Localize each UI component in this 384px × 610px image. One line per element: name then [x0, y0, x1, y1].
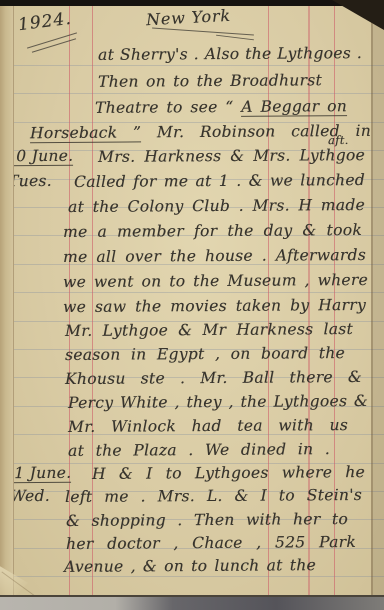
underlined-text: A Beggar on — [241, 97, 347, 117]
text-run: at the Plaza . We dined in . — [68, 440, 330, 460]
handwritten-line: Mr. Winlock had tea with us — [68, 415, 348, 437]
text-run: Called for me at 1 . & we lunched — [74, 171, 365, 191]
adjacent-page-strip — [373, 5, 384, 597]
text-run: me a member for the day & took — [63, 221, 362, 241]
text-run: Tues. — [8, 172, 52, 190]
handwritten-line: Mrs. Harkness & Mrs. Lythgoe — [98, 145, 365, 167]
handwritten-line: Theatre to see “ A Beggar on — [95, 96, 347, 118]
margin-date: Tues. — [8, 171, 52, 191]
handwritten-line: H & I to Lythgoes where he — [92, 462, 365, 484]
handwritten-line: we saw the movies taken by Harry — [63, 295, 366, 317]
text-run: we went on to the Museum , where — [63, 271, 368, 291]
ruled-line — [0, 65, 384, 66]
handwritten-line: her doctor , Chace , 525 Park — [66, 532, 356, 554]
text-run: we saw the movies taken by Harry — [63, 296, 366, 316]
text-run: Avenue , & on to lunch at the — [64, 556, 316, 576]
handwritten-line: at Sherry's . Also the Lythgoes . — [98, 43, 362, 65]
handwritten-line: Then on to the Broadhurst — [98, 70, 322, 92]
text-run: & shopping . Then with her to — [66, 510, 348, 530]
margin-date: Wed. — [10, 486, 50, 506]
text-run: Mr. Winlock had tea with us — [68, 416, 348, 436]
text-run: Then on to the Broadhurst — [98, 71, 322, 91]
handwritten-line: we went on to the Museum , where — [63, 270, 368, 292]
scan-top-edge — [0, 0, 384, 6]
text-run: Mr. Lythgoe & Mr Harkness last — [65, 320, 353, 340]
handwritten-line: me a member for the day & took — [63, 220, 362, 242]
underlined-text: Horseback ” — [30, 123, 141, 143]
page-left-edge — [0, 5, 14, 598]
underlined-text: 11 June. — [4, 464, 71, 483]
text-run: Wed. — [10, 487, 50, 505]
margin-date: 10 June. — [6, 146, 73, 166]
handwritten-line: at the Plaza . We dined in . — [68, 439, 330, 461]
handwritten-line: Called for me at 1 . & we lunched — [74, 170, 365, 192]
handwritten-line: Khousu ste . Mr. Ball there & — [65, 367, 362, 389]
scanned-diary-page: 1924. New York at Sherry's . Also the Ly… — [0, 0, 384, 610]
text-run: me all over the house . Afterwards — [63, 246, 366, 266]
text-run: Khousu ste . Mr. Ball there & — [65, 368, 362, 388]
scan-bottom-edge — [0, 595, 384, 610]
ruled-line — [0, 93, 384, 94]
handwritten-line: Horseback ” Mr. Robinson called in — [30, 121, 371, 143]
handwritten-line: Mr. Lythgoe & Mr Harkness last — [65, 319, 353, 341]
handwritten-line: at the Colony Club . Mrs. H made — [68, 195, 365, 217]
handwritten-line: left me . Mrs. L. & I to Stein's — [65, 485, 362, 507]
margin-date: 11 June. — [4, 463, 71, 483]
text-run: her doctor , Chace , 525 Park — [66, 533, 356, 553]
ruled-line — [0, 292, 384, 293]
text-run: season in Egypt , on board the — [65, 344, 345, 364]
handwritten-line: Avenue , & on to lunch at the — [64, 555, 316, 577]
text-run: Theatre to see “ — [95, 98, 241, 117]
handwritten-line: season in Egypt , on board the — [65, 343, 345, 365]
text-run: Percy White , they , the Lythgoes & — [68, 392, 368, 412]
handwritten-line: & shopping . Then with her to — [66, 509, 348, 531]
text-run: at the Colony Club . Mrs. H made — [68, 196, 365, 216]
text-run: H & I to Lythgoes where he — [92, 463, 365, 483]
page-left-edge-line — [13, 5, 14, 598]
ruled-line — [0, 576, 384, 577]
handwritten-line: me all over the house . Afterwards — [63, 245, 366, 267]
handwritten-line: Percy White , they , the Lythgoes & — [68, 391, 368, 413]
underlined-text: 10 June. — [6, 147, 73, 166]
text-run: Mrs. Harkness & Mrs. Lythgoe — [98, 146, 365, 166]
text-run: left me . Mrs. L. & I to Stein's — [65, 486, 362, 506]
binding-crease — [371, 5, 373, 597]
text-run: at Sherry's . Also the Lythgoes . — [98, 44, 362, 64]
